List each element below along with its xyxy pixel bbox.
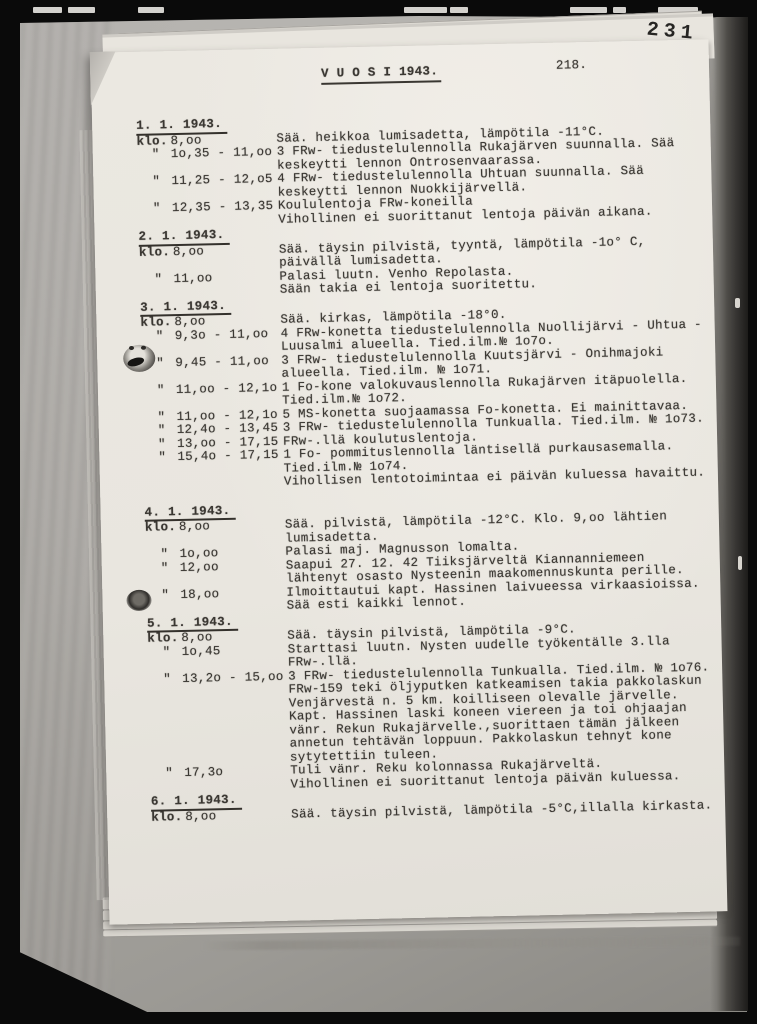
film-mark [450,7,468,13]
klo-label: " [141,330,175,344]
time-range: 9,3o - 11,oo [175,327,281,343]
klo-label: klo. [147,632,181,646]
entry-text: 3 FRw- tiedustelulennolla Tunkualla. Tie… [288,661,714,765]
film-mark [68,7,95,13]
diary-section: 1. 1. 1943. klo. 8,oo Sää. heikkoa lumis… [136,107,706,229]
time-range: 12,oo [180,559,286,575]
time-range: 11,25 - 12,o5 [171,173,277,189]
time-range: 11,oo [173,270,279,286]
time-range: 13,2o - 15,oo [182,670,288,686]
klo-label [144,478,178,479]
time-range: 9,45 - 11,oo [175,354,281,370]
archive-photo: { "document": { "title": "V U O S I 1943… [0,0,757,1024]
film-mark [138,7,164,13]
film-mark [33,7,62,13]
film-mark [404,7,447,13]
klo-label: " [148,672,182,686]
time-range: 17,3o [184,765,290,781]
klo-label: " [139,273,173,287]
film-mark [613,7,626,13]
klo-label: klo. [139,246,173,260]
log-entry: " 13,2o - 15,oo 3 FRw- tiedustelulennoll… [148,661,718,768]
klo-label: " [143,424,177,438]
time-range: 8,oo [185,808,291,824]
page-header: V U O S I 1943. 218. [135,59,703,89]
time-range: 11,oo - 12,1o [176,381,282,397]
klo-label: " [143,451,177,465]
klo-label: " [145,548,179,562]
klo-label: " [146,562,180,576]
klo-label: " [142,384,176,398]
time-range: 18,oo [180,586,286,602]
photo-frame: 231 V U O S I 1943. 218. 1. 1. 1943. klo… [0,0,757,1024]
diary-sections: 1. 1. 1943. klo. 8,oo Sää. heikkoa lumis… [136,107,719,824]
typewritten-content: V U O S I 1943. 218. 1. 1. 1943. klo. 8,… [91,39,728,924]
klo-label: " [146,589,180,603]
time-range: 15,4o - 17,15 [177,449,283,465]
page-edge-speck [738,556,742,570]
page-number: 218. [556,59,588,73]
film-mark [570,7,607,13]
diary-page: V U O S I 1943. 218. 1. 1. 1943. klo. 8,… [91,39,728,924]
klo-label: " [150,767,184,781]
klo-label: " [137,148,171,162]
time-range: 12,35 - 13,35 [172,200,278,216]
page-edge-speck [735,298,740,308]
klo-label: " [138,202,172,216]
diary-section: 4. 1. 1943. klo. 8,oo Sää. pilvistä, läm… [144,494,714,616]
time-range: 1o,45 [182,643,288,659]
page-title: V U O S I 1943. [321,65,441,84]
klo-label: " [141,357,175,371]
entry-text: Sää. täysin pilvistä, lämpötila -5°C,ill… [291,799,715,822]
time-range: 1o,35 - 11,oo [171,146,277,162]
klo-label: " [148,646,182,660]
time-range: 8,oo [173,243,279,259]
diary-section: 5. 1. 1943. klo. 8,oo Sää. täysin pilvis… [147,605,719,795]
diary-section: 2. 1. 1943. klo. 8,oo Sää. täysin pilvis… [138,218,707,300]
klo-label: klo. [145,521,179,535]
diary-section: 3. 1. 1943. klo. 8,oo Sää. kirkas, lämpö… [140,289,712,492]
time-range: 8,oo [179,519,285,535]
klo-label: klo. [151,810,185,824]
klo-label: klo. [140,316,174,330]
klo-label: " [137,175,171,189]
